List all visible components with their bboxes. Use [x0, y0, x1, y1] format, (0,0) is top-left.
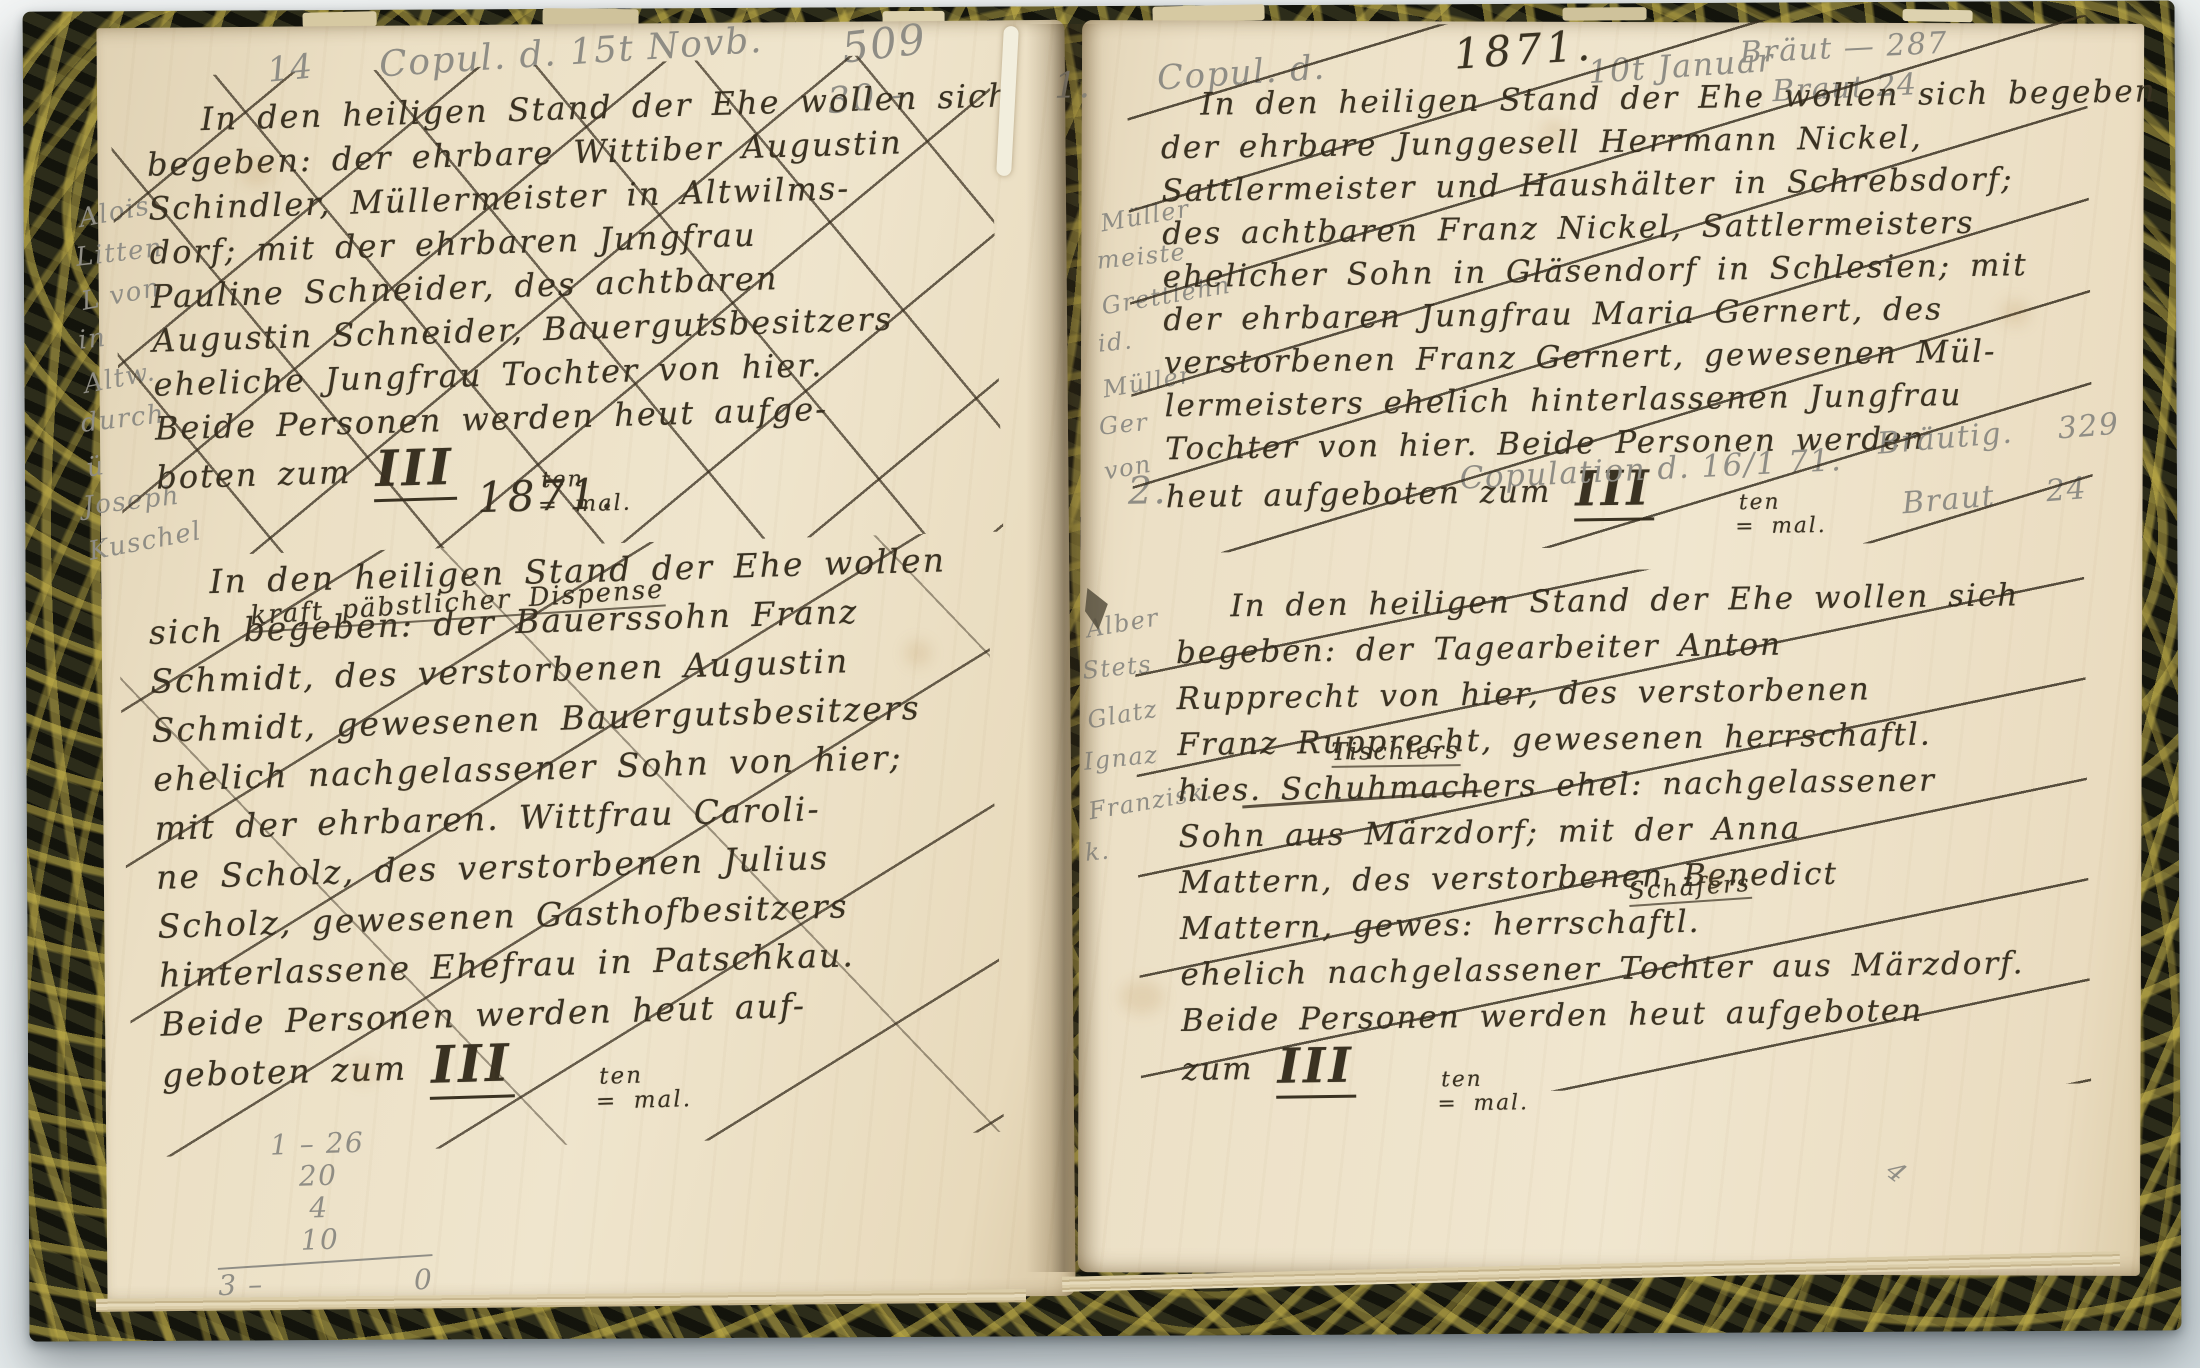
pencil-math-result-right: 0 — [413, 1263, 433, 1297]
banns-suffix: ten= mal. — [599, 1062, 693, 1115]
banns-mal: = mal. — [1735, 514, 1827, 539]
entry-lines: In den heiligen Stand der Ehe wollen sic… — [1175, 571, 2111, 1044]
pencil-groom-number: Bräut — 287 — [1739, 26, 1949, 71]
entry-lines: In den heiligen Stand der Ehe wollen sic… — [145, 74, 985, 450]
marriage-banns-entry-1-left: In den heiligen Stand der Ehe wollen sic… — [145, 74, 987, 529]
photo-backdrop: 14 Copul. d. 15t Novb. 509 30 – AloisLit… — [0, 0, 2200, 1368]
pencil-small-mark: 4 — [1880, 1156, 1913, 1191]
year-heading-left: 1871. — [476, 469, 618, 522]
right-page: 1. Copul. d. 1871. 10t Januar Bräut — 28… — [1078, 20, 2144, 1276]
year-heading-right: 1871. — [1452, 21, 1595, 79]
pencil-math-rows: 1 – 2620410 — [232, 1124, 466, 1259]
pencil-arithmetic: 1 – 2620410 3 – 0 — [232, 1124, 467, 1302]
entry-lines: In den heiligen Stand der Ehe wollen sic… — [1160, 71, 2105, 471]
left-page: 14 Copul. d. 15t Novb. 509 30 – AloisLit… — [96, 20, 1075, 1304]
pencil-math-row: 1 – 26 — [232, 1126, 403, 1163]
pencil-math-row: 10 — [235, 1222, 406, 1259]
final-pre: boten zum — [156, 453, 352, 497]
banns-mal: = mal. — [596, 1087, 693, 1115]
banns-mal: = mal. — [1437, 1091, 1529, 1116]
banns-numeral: III — [372, 437, 456, 502]
banns-ordinal: ten — [1441, 1067, 1529, 1092]
banns-suffix: ten= mal. — [1441, 1067, 1529, 1116]
pencil-math-row: 4 — [234, 1190, 405, 1227]
pencil-page-number: 509 — [839, 14, 929, 73]
final-pre: zum — [1182, 1051, 1254, 1088]
bride-value: 24 — [2044, 471, 2088, 509]
pencil-math-row: 20 — [233, 1158, 404, 1195]
marriage-banns-entry-2-right: In den heiligen Stand der Ehe wollen sic… — [1175, 571, 2112, 1120]
final-pre: geboten zum — [161, 1048, 407, 1094]
banns-count-line: zumIIIten= mal. — [1181, 1031, 2112, 1120]
cover-chip — [1563, 7, 1647, 20]
banns-suffix: ten= mal. — [1739, 490, 1827, 539]
groom-value: 329 — [2056, 406, 2120, 446]
pencil-entry-number-1: 1. — [1054, 65, 1092, 107]
pencil-entry-number-2: 2. — [1127, 468, 1167, 513]
pencil-entry-number: 14 — [265, 46, 315, 90]
banns-numeral: III — [1275, 1038, 1356, 1099]
pencil-copulation-date-note: Copul. d. 15t Novb. — [378, 20, 764, 86]
inserted-correction-tischlers: Tischlers — [1331, 736, 1460, 768]
banns-numeral: III — [428, 1033, 515, 1099]
banns-ordinal: ten — [1739, 490, 1827, 515]
